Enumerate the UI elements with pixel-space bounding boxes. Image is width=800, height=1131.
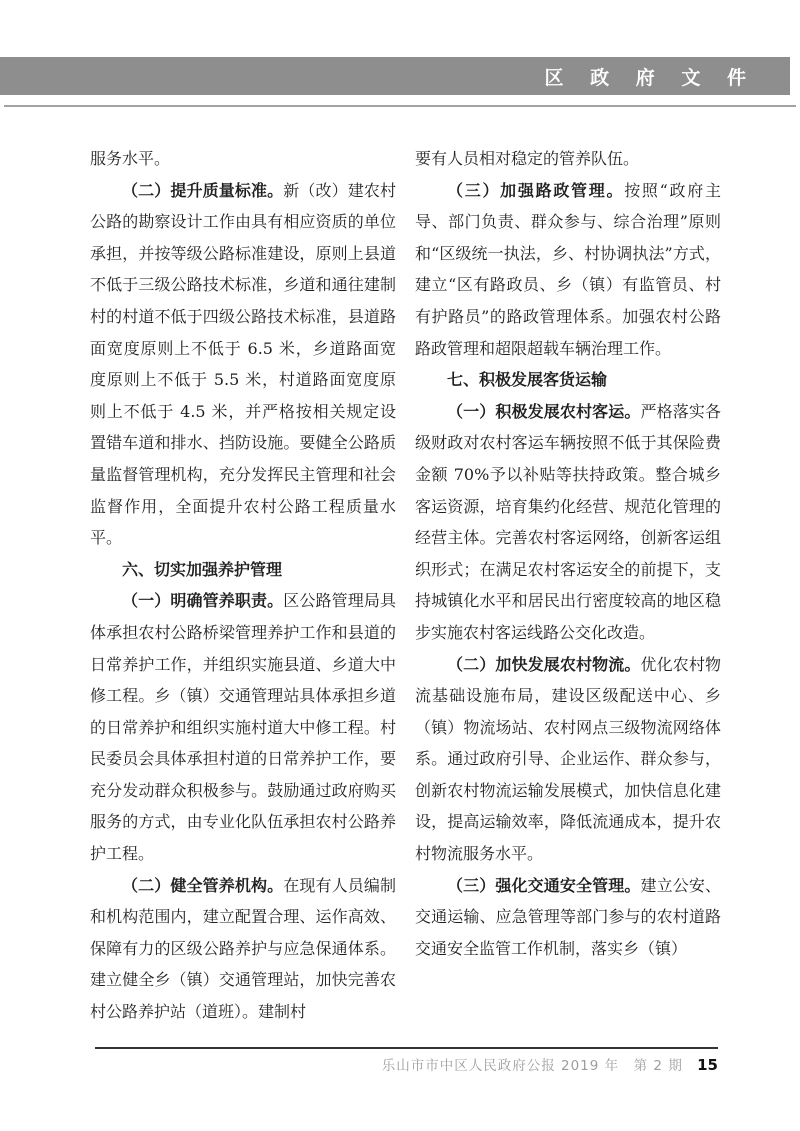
paragraph-lead: （二）健全管养机构。: [122, 876, 283, 895]
left-column: 服务水平。（二）提升质量标准。新（改）建农村公路的勘察设计工作由具有相应资质的单…: [90, 143, 396, 1028]
document-body: 服务水平。（二）提升质量标准。新（改）建农村公路的勘察设计工作由具有相应资质的单…: [90, 143, 721, 1028]
section-heading: 六、切实加强养护管理: [90, 554, 396, 586]
paragraph: （一）明确管养职责。区公路管理局具体承担农村公路桥梁管理养护工作和县道的日常养护…: [90, 585, 396, 869]
document-page: 区 政 府 文 件 服务水平。（二）提升质量标准。新（改）建农村公路的勘察设计工…: [0, 0, 800, 1131]
header-banner-title: 区 政 府 文 件: [545, 63, 756, 90]
paragraph-lead: （二）加快发展农村物流。: [447, 655, 640, 674]
footer: 乐山市市中区人民政府公报 2019 年 第 2 期 15: [95, 1054, 718, 1074]
paragraph-lead: （三）加强路政管理。: [447, 181, 624, 200]
right-column: 要有人员相对稳定的管养队伍。（三）加强路政管理。按照“政府主导、部门负责、群众参…: [415, 143, 721, 1028]
paragraph-continuation: 服务水平。: [90, 143, 396, 175]
paragraph: （二）健全管养机构。在现有人员编制和机构范围内，建立配置合理、运作高效、保障有力…: [90, 870, 396, 1028]
paragraph-lead: （三）强化交通安全管理。: [447, 876, 640, 895]
paragraph-lead: （一）明确管养职责。: [122, 591, 283, 610]
paragraph: （二）提升质量标准。新（改）建农村公路的勘察设计工作由具有相应资质的单位承担，并…: [90, 175, 396, 554]
paragraph-lead: （二）提升质量标准。: [122, 181, 283, 200]
paragraph: （一）积极发展农村客运。严格落实各级财政对农村客运车辆按照不低于其保险费金额 7…: [415, 396, 721, 649]
paragraph: （二）加快发展农村物流。优化农村物流基础设施布局，建设区级配送中心、乡（镇）物流…: [415, 649, 721, 870]
section-heading: 七、积极发展客货运输: [415, 364, 721, 396]
header-banner: 区 政 府 文 件: [0, 57, 790, 95]
footer-divider-line: [95, 1047, 718, 1049]
paragraph-continuation: 要有人员相对稳定的管养队伍。: [415, 143, 721, 175]
footer-gazette-title: 乐山市市中区人民政府公报 2019 年 第 2 期: [382, 1058, 683, 1074]
paragraph-lead: （一）积极发展农村客运。: [447, 402, 640, 421]
paragraph: （三）加强路政管理。按照“政府主导、部门负责、群众参与、综合治理”原则和“区级统…: [415, 175, 721, 365]
footer-page-number: 15: [697, 1056, 718, 1074]
header-divider-line: [4, 105, 796, 107]
paragraph: （三）强化交通安全管理。建立公安、交通运输、应急管理等部门参与的农村道路交通安全…: [415, 870, 721, 965]
